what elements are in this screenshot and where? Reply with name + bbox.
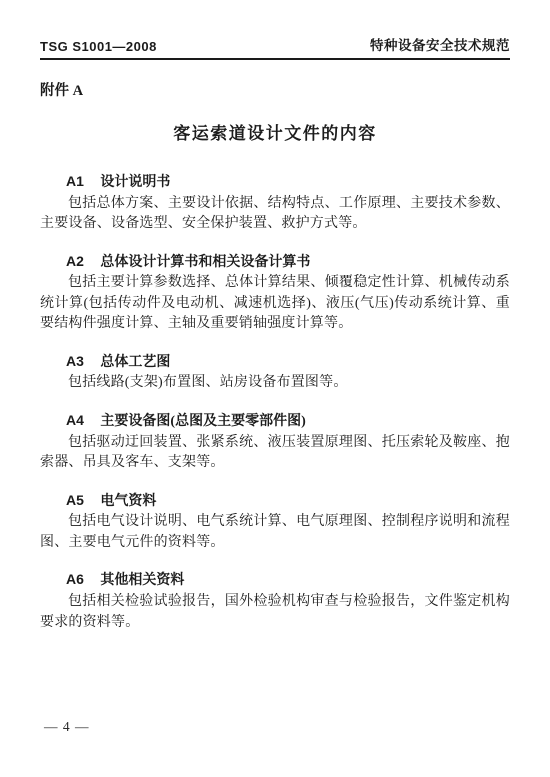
section-title: 总体设计计算书和相关设备计算书 (100, 255, 310, 270)
section-body: 包括主要计算参数选择、总体计算结果、倾覆稳定性计算、机械传动系统计算(包括传动件… (40, 273, 510, 335)
section-id: A5 (66, 492, 84, 508)
section-a5: A5 电气资料 包括电气设计说明、电气系统计算、电气原理图、控制程序说明和流程图… (40, 490, 510, 554)
section-body: 包括驱动迂回装置、张紧系统、液压装置原理图、托压索轮及鞍座、抱索器、吊具及客车、… (40, 433, 510, 474)
section-title: 其他相关资料 (100, 573, 184, 588)
section-title: 电气资料 (100, 494, 156, 509)
section-heading: A6 其他相关资料 (40, 569, 510, 592)
section-body: 包括总体方案、主要设计依据、结构特点、工作原理、主要技术参数、主要设备、设备选型… (40, 194, 510, 235)
section-id: A4 (66, 412, 84, 428)
page-header: TSG S1001—2008 特种设备安全技术规范 (40, 34, 510, 60)
page-number: — 4 — (44, 719, 90, 735)
section-title: 总体工艺图 (100, 355, 170, 370)
section-id: A2 (66, 253, 84, 269)
section-title: 主要设备图(总图及主要零部件图) (100, 414, 305, 429)
section-a3: A3 总体工艺图 包括线路(支架)布置图、站房设备布置图等。 (40, 351, 510, 394)
section-heading: A3 总体工艺图 (40, 351, 510, 374)
section-id: A1 (66, 173, 84, 189)
attachment-label: 附件 A (40, 79, 510, 100)
document-code: TSG S1001—2008 (40, 39, 157, 54)
section-id: A3 (66, 353, 84, 369)
section-heading: A4 主要设备图(总图及主要零部件图) (40, 410, 510, 433)
section-heading: A1 设计说明书 (40, 171, 510, 194)
section-body: 包括线路(支架)布置图、站房设备布置图等。 (40, 373, 510, 394)
section-heading: A5 电气资料 (40, 490, 510, 513)
section-body: 包括相关检验试验报告，国外检验机构审查与检验报告，文件鉴定机构要求的资料等。 (40, 592, 510, 633)
section-heading: A2 总体设计计算书和相关设备计算书 (40, 251, 510, 274)
page-content: TSG S1001—2008 特种设备安全技术规范 附件 A 客运索道设计文件的… (0, 0, 550, 633)
section-a1: A1 设计说明书 包括总体方案、主要设计依据、结构特点、工作原理、主要技术参数、… (40, 171, 510, 235)
section-title: 设计说明书 (100, 175, 170, 190)
page-title: 客运索道设计文件的内容 (40, 119, 510, 144)
document-category: 特种设备安全技术规范 (370, 34, 510, 54)
section-a2: A2 总体设计计算书和相关设备计算书 包括主要计算参数选择、总体计算结果、倾覆稳… (40, 251, 510, 335)
section-a6: A6 其他相关资料 包括相关检验试验报告，国外检验机构审查与检验报告，文件鉴定机… (40, 569, 510, 633)
section-a4: A4 主要设备图(总图及主要零部件图) 包括驱动迂回装置、张紧系统、液压装置原理… (40, 410, 510, 474)
section-body: 包括电气设计说明、电气系统计算、电气原理图、控制程序说明和流程图、主要电气元件的… (40, 512, 510, 553)
section-id: A6 (66, 571, 84, 587)
document-page: TSG S1001—2008 特种设备安全技术规范 附件 A 客运索道设计文件的… (0, 0, 550, 777)
